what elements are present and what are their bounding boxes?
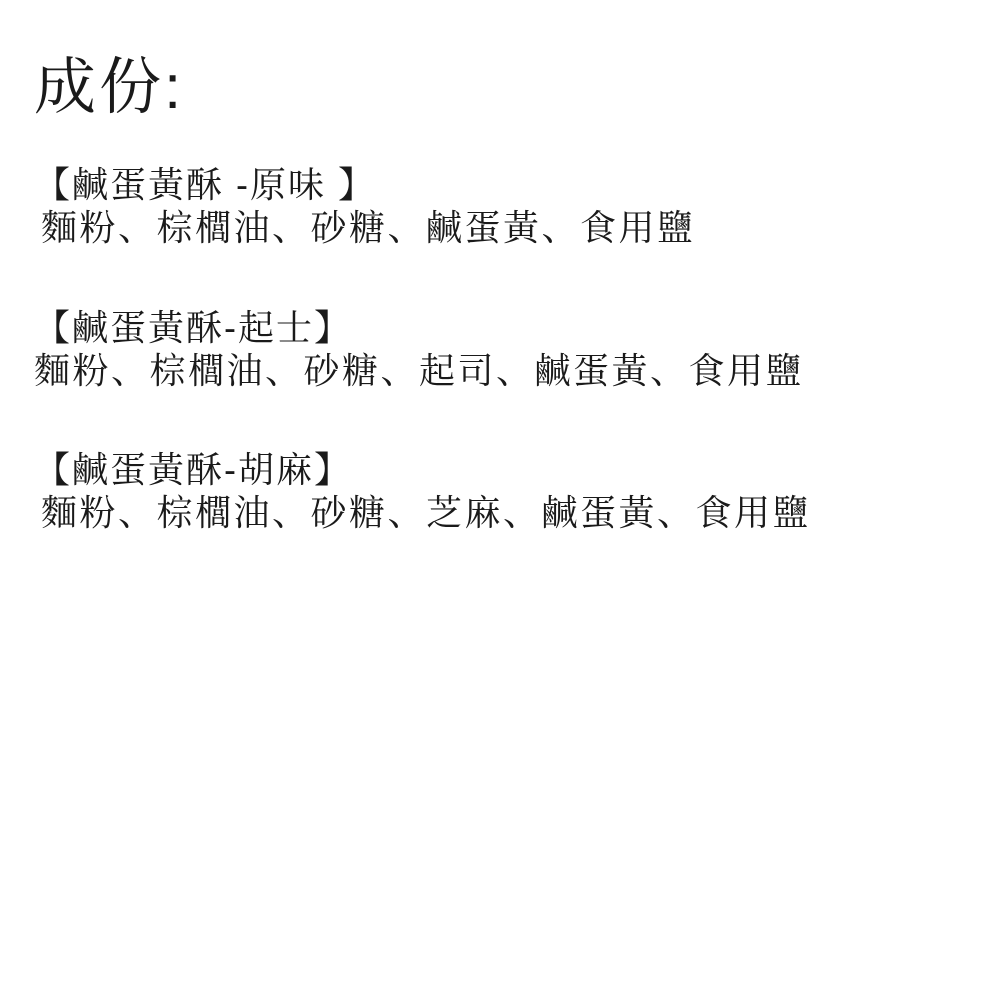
- ingredients-line-cheese: 麵粉、棕櫚油、砂糖、起司、鹹蛋黃、食用鹽: [34, 349, 970, 392]
- ingredients-line-sesame: 麵粉、棕櫚油、砂糖、芝麻、鹹蛋黃、食用鹽: [41, 491, 970, 534]
- page-title: 成份:: [34, 52, 970, 123]
- flavor-section-sesame: 【鹹蛋黃酥-胡麻】 麵粉、棕櫚油、砂糖、芝麻、鹹蛋黃、食用鹽: [34, 448, 970, 534]
- ingredients-line-original: 麵粉、棕櫚油、砂糖、鹹蛋黃、食用鹽: [41, 206, 970, 249]
- flavor-header-original: 【鹹蛋黃酥 -原味 】: [34, 163, 970, 206]
- flavor-header-sesame: 【鹹蛋黃酥-胡麻】: [34, 448, 970, 491]
- flavor-header-cheese: 【鹹蛋黃酥-起士】: [34, 306, 970, 349]
- flavor-section-cheese: 【鹹蛋黃酥-起士】 麵粉、棕櫚油、砂糖、起司、鹹蛋黃、食用鹽: [34, 306, 970, 392]
- ingredients-document: 成份: 【鹹蛋黃酥 -原味 】 麵粉、棕櫚油、砂糖、鹹蛋黃、食用鹽 【鹹蛋黃酥-…: [0, 0, 1000, 1000]
- flavor-section-original: 【鹹蛋黃酥 -原味 】 麵粉、棕櫚油、砂糖、鹹蛋黃、食用鹽: [34, 163, 970, 249]
